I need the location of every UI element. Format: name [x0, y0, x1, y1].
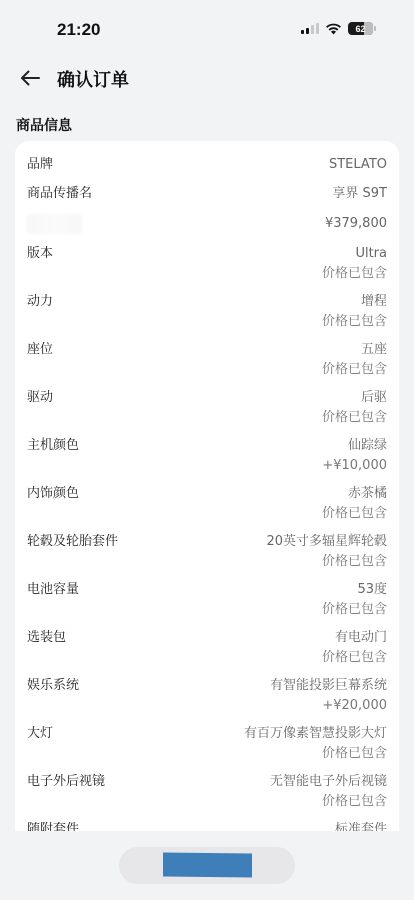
battery-level: 62 — [355, 24, 365, 34]
bottom-bar — [0, 831, 414, 900]
row-value: 标准套件 — [335, 820, 387, 831]
row-values: 有智能投影巨幕系统+¥20,000 — [270, 676, 387, 724]
row-price-note: 价格已包含 — [270, 792, 387, 812]
table-row: 大灯有百万像素智慧投影大灯价格已包含 — [15, 724, 399, 772]
page-title: 确认订单 — [57, 66, 129, 92]
product-info-card: 品牌STELATO商品传播名享界 S9T¥379,800版本Ultra价格已包含… — [15, 141, 399, 831]
row-price-note: 价格已包含 — [322, 264, 387, 284]
row-label: 随附套件 — [27, 820, 79, 831]
table-row: 娱乐系统有智能投影巨幕系统+¥20,000 — [15, 676, 399, 724]
row-label: 电池容量 — [27, 580, 79, 628]
row-price-note: 价格已包含 — [322, 504, 387, 524]
row-value: 后驱 — [322, 388, 387, 408]
arrow-left-icon — [19, 69, 41, 87]
row-value: Ultra — [322, 244, 387, 264]
row-label: 大灯 — [27, 724, 53, 772]
nav-bar: 确认订单 — [0, 56, 414, 100]
row-values: 赤茶橘价格已包含 — [322, 484, 387, 532]
row-label: 娱乐系统 — [27, 676, 79, 724]
row-label: 商品传播名 — [27, 184, 92, 214]
table-row: 选装包有电动门价格已包含 — [15, 628, 399, 676]
row-label: 座位 — [27, 340, 53, 388]
row-value: 增程 — [322, 292, 387, 312]
table-row: 主机颜色仙踪绿+¥10,000 — [15, 436, 399, 484]
row-label: 版本 — [27, 244, 53, 292]
row-values: 享界 S9T — [332, 184, 387, 214]
table-row: 品牌STELATO — [15, 155, 399, 184]
row-value: 五座 — [322, 340, 387, 360]
row-value: 无智能电子外后视镜 — [270, 772, 387, 792]
row-label: 主机颜色 — [27, 436, 79, 484]
row-value: 赤茶橘 — [322, 484, 387, 504]
wifi-icon — [325, 23, 342, 35]
row-values: 有电动门价格已包含 — [322, 628, 387, 676]
row-values: Ultra价格已包含 — [322, 244, 387, 292]
row-price-note: 价格已包含 — [322, 408, 387, 428]
row-value: 有百万像素智慧投影大灯 — [244, 724, 387, 744]
row-value: 仙踪绿 — [322, 436, 387, 456]
row-values: ¥379,800 — [325, 214, 387, 244]
section-title: 商品信息 — [16, 115, 72, 135]
row-price-note: 价格已包含 — [322, 600, 387, 620]
row-values: 53度价格已包含 — [322, 580, 387, 628]
row-price-note: 价格已包含 — [322, 648, 387, 668]
row-label: 轮毂及轮胎套件 — [27, 532, 118, 580]
row-label: 驱动 — [27, 388, 53, 436]
row-value: 有电动门 — [322, 628, 387, 648]
table-row: 动力增程价格已包含 — [15, 292, 399, 340]
row-values: 20英寸多辐星辉轮毂价格已包含 — [266, 532, 387, 580]
table-row: ¥379,800 — [15, 214, 399, 244]
redacted-label — [163, 853, 252, 878]
table-row: 随附套件标准套件 — [15, 820, 399, 831]
table-row: 座位五座价格已包含 — [15, 340, 399, 388]
row-value: 20英寸多辐星辉轮毂 — [266, 532, 387, 552]
row-values: 后驱价格已包含 — [322, 388, 387, 436]
row-value: 53度 — [322, 580, 387, 600]
submit-button[interactable] — [119, 847, 295, 884]
row-price-note: 价格已包含 — [322, 312, 387, 332]
table-row: 轮毂及轮胎套件20英寸多辐星辉轮毂价格已包含 — [15, 532, 399, 580]
table-row: 驱动后驱价格已包含 — [15, 388, 399, 436]
row-values: 标准套件 — [335, 820, 387, 831]
table-row: 电子外后视镜无智能电子外后视镜价格已包含 — [15, 772, 399, 820]
row-values: 仙踪绿+¥10,000 — [322, 436, 387, 484]
row-values: 五座价格已包含 — [322, 340, 387, 388]
row-value: 有智能投影巨幕系统 — [270, 676, 387, 696]
battery-tip — [374, 26, 376, 31]
back-button[interactable] — [16, 64, 44, 92]
status-icons: 62 — [301, 22, 376, 35]
row-price-note: 价格已包含 — [266, 552, 387, 572]
status-time: 21:20 — [57, 20, 100, 40]
row-label: 内饰颜色 — [27, 484, 79, 532]
status-bar: 21:20 62 — [0, 0, 414, 56]
table-row: 版本Ultra价格已包含 — [15, 244, 399, 292]
battery-icon: 62 — [348, 22, 373, 35]
row-label: 品牌 — [27, 155, 53, 184]
row-value: STELATO — [329, 155, 387, 175]
row-price-note: +¥10,000 — [322, 456, 387, 476]
row-value: 享界 S9T — [332, 184, 387, 204]
table-row: 商品传播名享界 S9T — [15, 184, 399, 214]
row-values: 无智能电子外后视镜价格已包含 — [270, 772, 387, 820]
row-price-note: 价格已包含 — [244, 744, 387, 764]
row-label: 选装包 — [27, 628, 66, 676]
table-row: 电池容量53度价格已包含 — [15, 580, 399, 628]
row-values: STELATO — [329, 155, 387, 184]
row-price-note: 价格已包含 — [322, 360, 387, 380]
table-row: 内饰颜色赤茶橘价格已包含 — [15, 484, 399, 532]
row-label: 电子外后视镜 — [27, 772, 105, 820]
row-value: ¥379,800 — [325, 214, 387, 234]
row-price-note: +¥20,000 — [270, 696, 387, 716]
row-label: 动力 — [27, 292, 53, 340]
row-values: 有百万像素智慧投影大灯价格已包含 — [244, 724, 387, 772]
signal-icon — [301, 23, 319, 34]
row-values: 增程价格已包含 — [322, 292, 387, 340]
redacted-label — [27, 214, 82, 234]
